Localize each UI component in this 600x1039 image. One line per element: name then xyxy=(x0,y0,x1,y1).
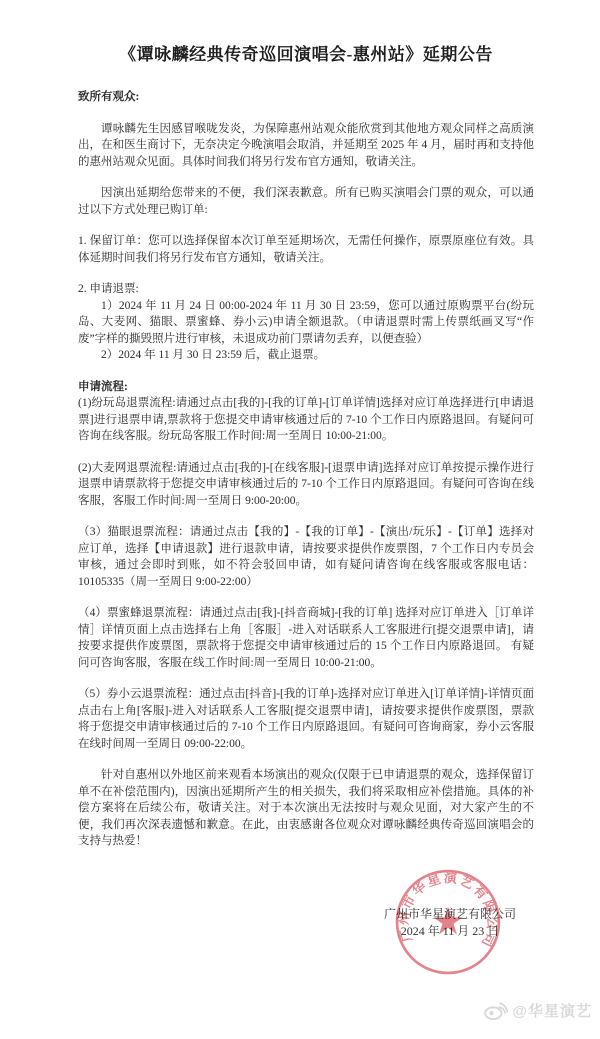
process-piaomifeng: （4）票蜜蜂退票流程：请通过点击[我]-[抖音商城]-[我的订单] 选择对应订单… xyxy=(78,605,534,671)
signature-date: 2024 年 11 月 23 日 xyxy=(369,923,531,940)
spacer xyxy=(78,106,534,121)
signature-block: 广州市华星演艺有限公司 2024 年 11 月 23 日 xyxy=(369,906,531,940)
process-header: 申请流程: xyxy=(78,379,534,396)
watermark-handle: @华星演艺 xyxy=(512,1000,592,1021)
process-fenwandao: (1)纷玩岛退票流程:请通过点击[我的]-[我的订单]-[订单详情]选择对应订单… xyxy=(78,395,534,445)
page-title: 《谭咏麟经典传奇巡回演唱会-惠州站》延期公告 xyxy=(78,40,534,65)
intro-paragraph-1: 谭咏麟先生因感冒喉咙发炎，为保障惠州站观众能欣赏到其他地方观众同样之高质演出，在… xyxy=(78,121,534,171)
closing-paragraph: 针对自惠州以外地区前来观看本场演出的观众(仅限于已申请退票的观众，选择保留订单不… xyxy=(78,767,534,850)
announcement-document: 《谭咏麟经典传奇巡回演唱会-惠州站》延期公告 致所有观众: 谭咏麟先生因感冒喉咙… xyxy=(0,0,600,1039)
intro-paragraph-2: 因演出延期给您带来的不便，我们深表歉意。所有已购买演唱会门票的观众，可以通过以下… xyxy=(78,185,534,218)
process-maoyan: （3）猫眼退票流程：请通过点击【我的】-【我的订单】-【演出/玩乐】-【订单】选… xyxy=(78,524,534,590)
option-keep-order: 1. 保留订单：您可以选择保留本次订单至延期场次，无需任何操作，原票原座位有效。… xyxy=(78,233,534,266)
weibo-icon xyxy=(484,1001,508,1020)
document-body: 《谭咏麟经典传奇巡回演唱会-惠州站》延期公告 致所有观众: 谭咏麟先生因感冒喉咙… xyxy=(78,34,534,865)
refund-window-item: 1）2024 年 11 月 24 日 00:00-2024 年 11 月 30 … xyxy=(78,298,534,348)
greeting: 致所有观众: xyxy=(78,89,534,106)
signature-company: 广州市华星演艺有限公司 xyxy=(369,906,531,923)
process-damai: (2)大麦网退票流程:请通过点击[我的]-[在线客服]-[退票申请]选择对应订单… xyxy=(78,460,534,510)
refund-deadline-item: 2）2024 年 11 月 30 日 23:59 后，截止退票。 xyxy=(78,347,534,364)
weibo-watermark: @华星演艺 xyxy=(484,1000,592,1021)
option-refund-header: 2. 申请退票: xyxy=(78,281,534,298)
process-quanxiaoyun: （5）券小云退票流程：通过点击[抖音]-[我的订单]-选择对应订单进入[订单详情… xyxy=(78,686,534,752)
